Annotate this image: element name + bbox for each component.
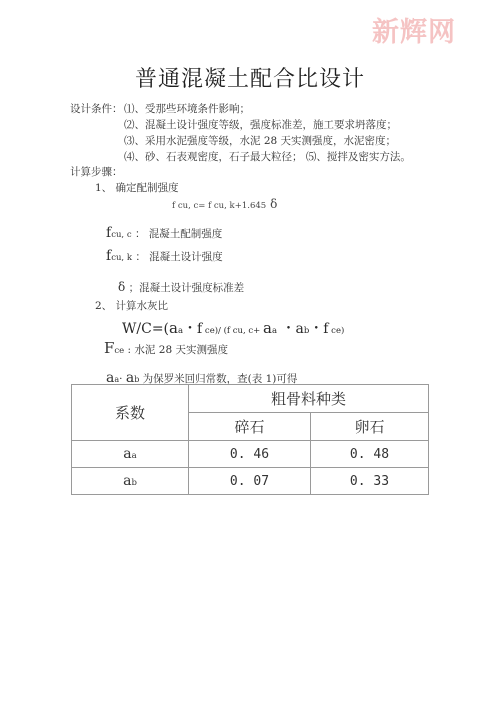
header-crushed-stone: 碎石 bbox=[189, 413, 311, 441]
table-cell: 0. 48 bbox=[311, 441, 429, 468]
condition-item: ⑶、采用水泥强度等级，水泥 28 天实测强度，水泥密度； bbox=[124, 133, 396, 148]
formula-prep-strength: f cu, c= f cu, k+1.645δ bbox=[172, 197, 277, 211]
formula-part: ・f bbox=[309, 321, 328, 337]
condition-item: ⑷、砂、石表观密度，石子最大粒径； ⑸、搅拌及密实方法。 bbox=[124, 149, 411, 164]
step1-heading: 1、 确定配制强度 bbox=[95, 180, 179, 195]
definition-delta: δ ；混凝土设计强度标准差 bbox=[118, 280, 244, 295]
page-title: 普通混凝土配合比设计 bbox=[0, 62, 500, 93]
condition-item: ⑵、混凝土设计强度等级，强度标准差，施工要求坍落度； bbox=[124, 117, 397, 132]
definition-text: ： 混凝土配制强度 bbox=[135, 228, 222, 240]
formula-water-cement-ratio: W/C=(aa・f ce)/ (f cu, c+ aa ・ab・f ce) bbox=[122, 318, 344, 338]
steps-label: 计算步骤： bbox=[70, 164, 123, 179]
formula-lhs: W/C=( bbox=[122, 321, 169, 337]
row-label: aa bbox=[72, 441, 189, 468]
definition-text: ；混凝土设计强度标准差 bbox=[129, 282, 245, 294]
table-cell: 0. 33 bbox=[311, 468, 429, 495]
subscript: cu, c+ bbox=[230, 326, 263, 336]
table-row: aa 0. 46 0. 48 bbox=[72, 441, 429, 468]
subscript: b bbox=[131, 478, 136, 488]
formula-text: f cu, c= f cu, k+1.645 bbox=[172, 201, 266, 211]
formula-part: ・f bbox=[183, 321, 202, 337]
table-cell: 0. 46 bbox=[189, 441, 311, 468]
symbol: F bbox=[104, 339, 114, 357]
formula-part: ・a bbox=[277, 321, 304, 337]
alpha-a: a bbox=[169, 319, 178, 337]
definition-text: : 水泥 28 天实测强度 bbox=[124, 344, 228, 356]
subscript: cu, c bbox=[111, 230, 131, 240]
definition-fcuk: fcu, k ： 混凝土设计强度 bbox=[106, 248, 223, 264]
definition-fcuc: fcu, c ： 混凝土配制强度 bbox=[106, 225, 222, 241]
formula-part: ce)/ (f bbox=[202, 326, 230, 336]
step2-heading: 2、 计算水灰比 bbox=[95, 298, 168, 313]
header-gravel: 卵石 bbox=[311, 413, 429, 441]
delta-symbol: δ bbox=[118, 280, 125, 294]
header-coefficient: 系数 bbox=[72, 385, 189, 441]
table-row: ab 0. 07 0. 33 bbox=[72, 468, 429, 495]
coefficient-table: 系数 粗骨料种类 碎石 卵石 aa 0. 46 0. 48 ab 0. 07 0… bbox=[71, 384, 429, 495]
table-cell: 0. 07 bbox=[189, 468, 311, 495]
condition-item: ⑴、受那些环境条件影响； bbox=[124, 101, 250, 116]
delta-symbol: δ bbox=[270, 197, 277, 211]
subscript: ce bbox=[114, 346, 124, 356]
subscript: cu, k bbox=[111, 253, 132, 263]
definition-text: ： 混凝土设计强度 bbox=[135, 251, 222, 263]
symbol: a bbox=[123, 446, 131, 462]
alpha-a: a bbox=[263, 319, 272, 337]
definition-fce: Fce : 水泥 28 天实测强度 bbox=[104, 339, 228, 357]
watermark-logo: 新辉网 bbox=[372, 10, 456, 49]
design-conditions-label: 设计条件： bbox=[70, 101, 123, 116]
header-aggregate-type: 粗骨料种类 bbox=[189, 385, 429, 413]
formula-part: ce) bbox=[328, 326, 344, 336]
row-label: ab bbox=[72, 468, 189, 495]
subscript: a bbox=[132, 451, 137, 461]
